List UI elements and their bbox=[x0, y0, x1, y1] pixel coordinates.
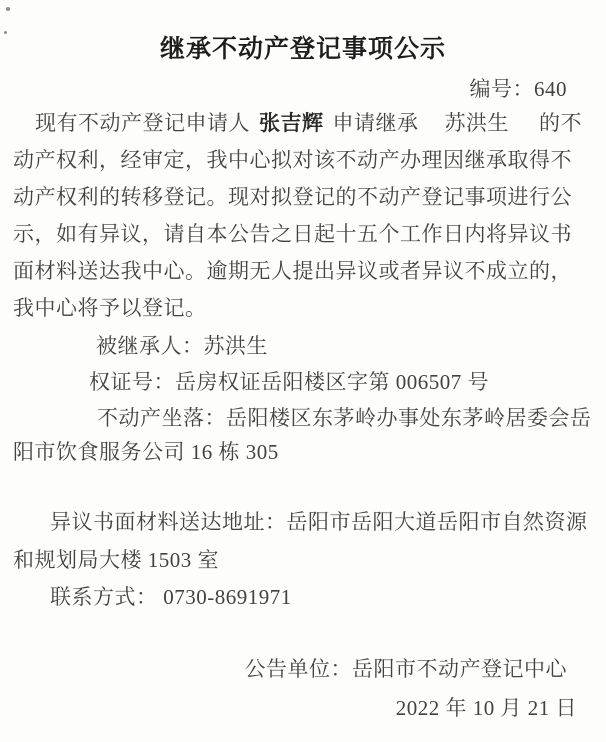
issuing-unit-line: 公告单位：岳阳市不动产登记中心 bbox=[245, 656, 568, 682]
paragraph-text: 现有不动产登记申请人 bbox=[35, 111, 250, 135]
scan-speck bbox=[6, 7, 10, 11]
certificate-number-line: 权证号：岳房权证岳阳楼区字第 006507 号 bbox=[89, 369, 489, 395]
applicant-name: 张吉辉 bbox=[259, 112, 324, 135]
notice-title: 继承不动产登记事项公示 bbox=[0, 29, 606, 65]
location-line-2: 阳市饮食服务公司 16 栋 305 bbox=[13, 439, 279, 465]
paragraph-text: 申请继承 bbox=[333, 111, 419, 135]
decedent-line: 被继承人：苏洪生 bbox=[96, 333, 268, 359]
contact-line: 联系方式： 0730-8691971 bbox=[50, 584, 292, 610]
location-line-1: 不动产坐落：岳阳楼区东茅岭办事处东茅岭居委会岳 bbox=[97, 405, 592, 431]
fill-gap bbox=[419, 125, 445, 126]
paragraph-text: 的不 bbox=[539, 111, 582, 135]
objection-address-line-1: 异议书面材料送达地址：岳阳市岳阳大道岳阳市自然资源 bbox=[50, 509, 588, 535]
paragraph1-line3: 动产权利的转移登记。现对拟登记的不动产登记事项进行公 bbox=[13, 184, 572, 210]
paragraph1-line2: 动产权利，经审定，我中心拟对该不动产办理因继承取得不 bbox=[13, 147, 572, 173]
paragraph1-line6: 我中心将予以登记。 bbox=[13, 295, 207, 321]
fill-gap bbox=[509, 125, 539, 126]
doc-number: 编号：640 bbox=[470, 76, 568, 102]
decedent-name-inline: 苏洪生 bbox=[445, 111, 510, 135]
issue-date-line: 2022 年 10 月 21 日 bbox=[396, 695, 577, 721]
objection-address-line-2: 和规划局大楼 1503 室 bbox=[13, 547, 219, 573]
paragraph1-line1: 现有不动产登记申请人张吉辉申请继承苏洪生的不 bbox=[35, 110, 582, 137]
fill-gap bbox=[324, 125, 333, 126]
fill-gap bbox=[250, 125, 259, 126]
paragraph1-line4: 示，如有异议，请自本公告之日起十五个工作日内将异议书 bbox=[13, 221, 572, 247]
paragraph1-line5: 面材料送达我中心。逾期无人提出异议或者异议不成立的， bbox=[13, 258, 572, 284]
notice-document: 继承不动产登记事项公示 编号：640 现有不动产登记申请人张吉辉申请继承苏洪生的… bbox=[0, 0, 606, 742]
